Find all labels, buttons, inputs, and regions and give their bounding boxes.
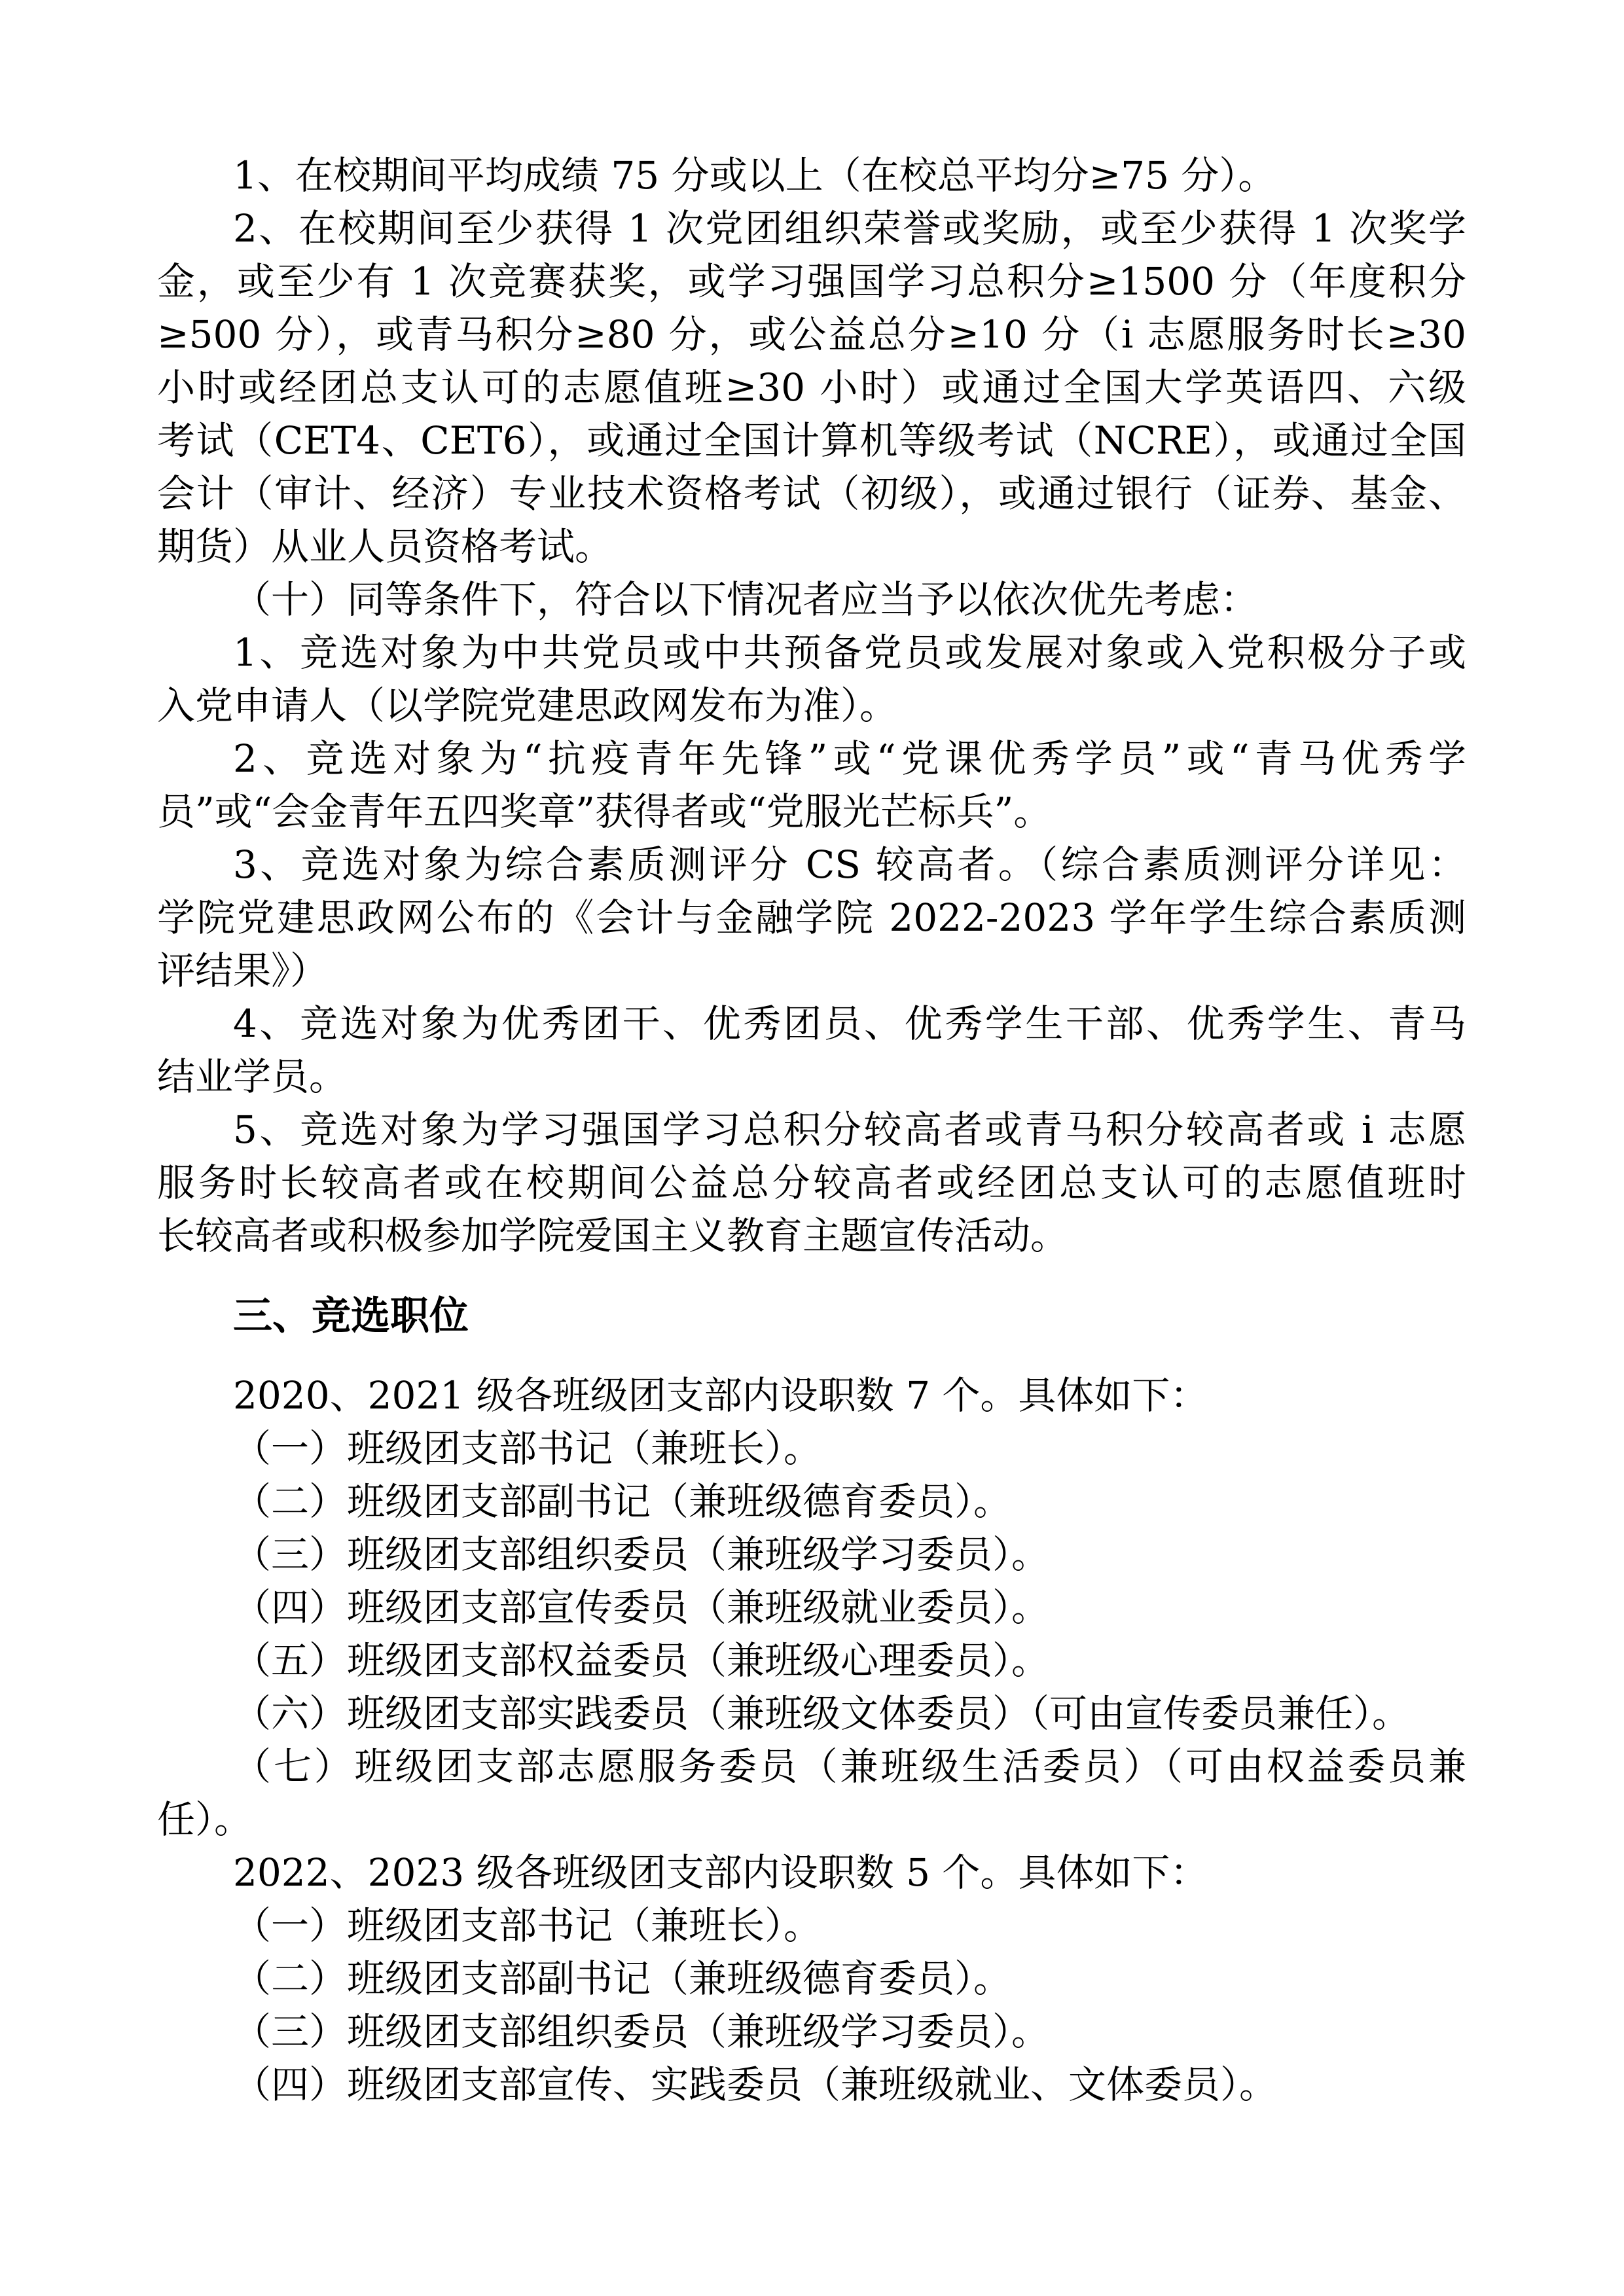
text-line: 金，或至少有 1 次竞赛获奖，或学习强国学习总积分≥1500 分（年度积分 — [157, 255, 1466, 308]
text-line: 1、竞选对象为中共党员或中共预备党员或发展对象或入党积极分子或 — [157, 626, 1466, 679]
text-line: （三）班级团支部组织委员（兼班级学习委员）。 — [157, 2005, 1466, 2058]
text-line: （一）班级团支部书记（兼班长）。 — [157, 1899, 1466, 1952]
paragraph: 3、竞选对象为综合素质测评分 CS 较高者。（综合素质测评分详见：学院党建思政网… — [157, 838, 1466, 997]
text-line: （六）班级团支部实践委员（兼班级文体委员）（可由宣传委员兼任）。 — [157, 1687, 1466, 1740]
text-line: 入党申请人（以学院党建思政网发布为准）。 — [157, 679, 1466, 732]
paragraph: （一）班级团支部书记（兼班长）。 — [157, 1422, 1466, 1475]
text-line: 5、竞选对象为学习强国学习总积分较高者或青马积分较高者或 i 志愿 — [157, 1103, 1466, 1157]
text-line: 期货）从业人员资格考试。 — [157, 520, 1466, 573]
text-line: 会计（审计、经济）专业技术资格考试（初级），或通过银行（证券、基金、 — [157, 467, 1466, 520]
paragraph: （二）班级团支部副书记（兼班级德育委员）。 — [157, 1475, 1466, 1528]
text-line: （四）班级团支部宣传委员（兼班级就业委员）。 — [157, 1581, 1466, 1634]
paragraph: 1、在校期间平均成绩 75 分或以上（在校总平均分≥75 分）。 — [157, 149, 1466, 202]
text-line: 小时或经团总支认可的志愿值班≥30 小时）或通过全国大学英语四、六级 — [157, 361, 1466, 414]
paragraph: （四）班级团支部宣传、实践委员（兼班级就业、文体委员）。 — [157, 2058, 1466, 2111]
paragraph: 1、竞选对象为中共党员或中共预备党员或发展对象或入党积极分子或入党申请人（以学院… — [157, 626, 1466, 732]
text-line: 2020、2021 级各班级团支部内设职数 7 个。具体如下： — [157, 1369, 1466, 1422]
paragraph: （七）班级团支部志愿服务委员（兼班级生活委员）（可由权益委员兼任）。 — [157, 1740, 1466, 1846]
text-line: （十）同等条件下，符合以下情况者应当予以依次优先考虑： — [157, 573, 1466, 626]
text-line: （四）班级团支部宣传、实践委员（兼班级就业、文体委员）。 — [157, 2058, 1466, 2111]
text-line: （二）班级团支部副书记（兼班级德育委员）。 — [157, 1952, 1466, 2005]
text-line: 2022、2023 级各班级团支部内设职数 5 个。具体如下： — [157, 1846, 1466, 1899]
paragraph: 5、竞选对象为学习强国学习总积分较高者或青马积分较高者或 i 志愿服务时长较高者… — [157, 1103, 1466, 1263]
text-line: 4、竞选对象为优秀团干、优秀团员、优秀学生干部、优秀学生、青马 — [157, 997, 1466, 1050]
paragraph: 4、竞选对象为优秀团干、优秀团员、优秀学生干部、优秀学生、青马结业学员。 — [157, 997, 1466, 1103]
paragraph: （一）班级团支部书记（兼班长）。 — [157, 1899, 1466, 1952]
paragraph: 2、在校期间至少获得 1 次党团组织荣誉或奖励，或至少获得 1 次奖学金，或至少… — [157, 202, 1466, 573]
text-line: 3、竞选对象为综合素质测评分 CS 较高者。（综合素质测评分详见： — [157, 838, 1466, 891]
text-line: 1、在校期间平均成绩 75 分或以上（在校总平均分≥75 分）。 — [157, 149, 1466, 202]
text-line: 考试（CET4、CET6），或通过全国计算机等级考试（NCRE），或通过全国 — [157, 414, 1466, 467]
paragraph: 2、竞选对象为“抗疫青年先锋”或“党课优秀学员”或“青马优秀学员”或“会金青年五… — [157, 732, 1466, 838]
text-line: 评结果》） — [157, 944, 1466, 997]
paragraph: 2022、2023 级各班级团支部内设职数 5 个。具体如下： — [157, 1846, 1466, 1899]
paragraph: 2020、2021 级各班级团支部内设职数 7 个。具体如下： — [157, 1369, 1466, 1422]
text-line: 任）。 — [157, 1793, 1466, 1846]
text-line: （五）班级团支部权益委员（兼班级心理委员）。 — [157, 1634, 1466, 1687]
text-line: ≥500 分），或青马积分≥80 分，或公益总分≥10 分（i 志愿服务时长≥3… — [157, 308, 1466, 361]
text-line: 2、在校期间至少获得 1 次党团组织荣誉或奖励，或至少获得 1 次奖学 — [157, 202, 1466, 255]
heading-text-line: 三、竞选职位 — [157, 1290, 1466, 1343]
text-line: 结业学员。 — [157, 1050, 1466, 1103]
paragraph: （三）班级团支部组织委员（兼班级学习委员）。 — [157, 1528, 1466, 1581]
paragraph: （三）班级团支部组织委员（兼班级学习委员）。 — [157, 2005, 1466, 2058]
paragraph: （六）班级团支部实践委员（兼班级文体委员）（可由宣传委员兼任）。 — [157, 1687, 1466, 1740]
text-line: 服务时长较高者或在校期间公益总分较高者或经团总支认可的志愿值班时 — [157, 1157, 1466, 1210]
document-body: 1、在校期间平均成绩 75 分或以上（在校总平均分≥75 分）。2、在校期间至少… — [157, 149, 1466, 2111]
document-page: 1、在校期间平均成绩 75 分或以上（在校总平均分≥75 分）。2、在校期间至少… — [0, 0, 1624, 2296]
text-line: （二）班级团支部副书记（兼班级德育委员）。 — [157, 1475, 1466, 1528]
paragraph: （五）班级团支部权益委员（兼班级心理委员）。 — [157, 1634, 1466, 1687]
text-line: 学院党建思政网公布的《会计与金融学院 2022-2023 学年学生综合素质测 — [157, 891, 1466, 944]
text-line: 长较高者或积极参加学院爱国主义教育主题宣传活动。 — [157, 1210, 1466, 1263]
text-line: （三）班级团支部组织委员（兼班级学习委员）。 — [157, 1528, 1466, 1581]
paragraph: （十）同等条件下，符合以下情况者应当予以依次优先考虑： — [157, 573, 1466, 626]
text-line: 2、竞选对象为“抗疫青年先锋”或“党课优秀学员”或“青马优秀学 — [157, 732, 1466, 785]
text-line: （七）班级团支部志愿服务委员（兼班级生活委员）（可由权益委员兼 — [157, 1740, 1466, 1793]
text-line: （一）班级团支部书记（兼班长）。 — [157, 1422, 1466, 1475]
paragraph: （四）班级团支部宣传委员（兼班级就业委员）。 — [157, 1581, 1466, 1634]
paragraph: （二）班级团支部副书记（兼班级德育委员）。 — [157, 1952, 1466, 2005]
text-line: 员”或“会金青年五四奖章”获得者或“党服光芒标兵”。 — [157, 785, 1466, 838]
section-heading: 三、竞选职位 — [157, 1290, 1466, 1343]
